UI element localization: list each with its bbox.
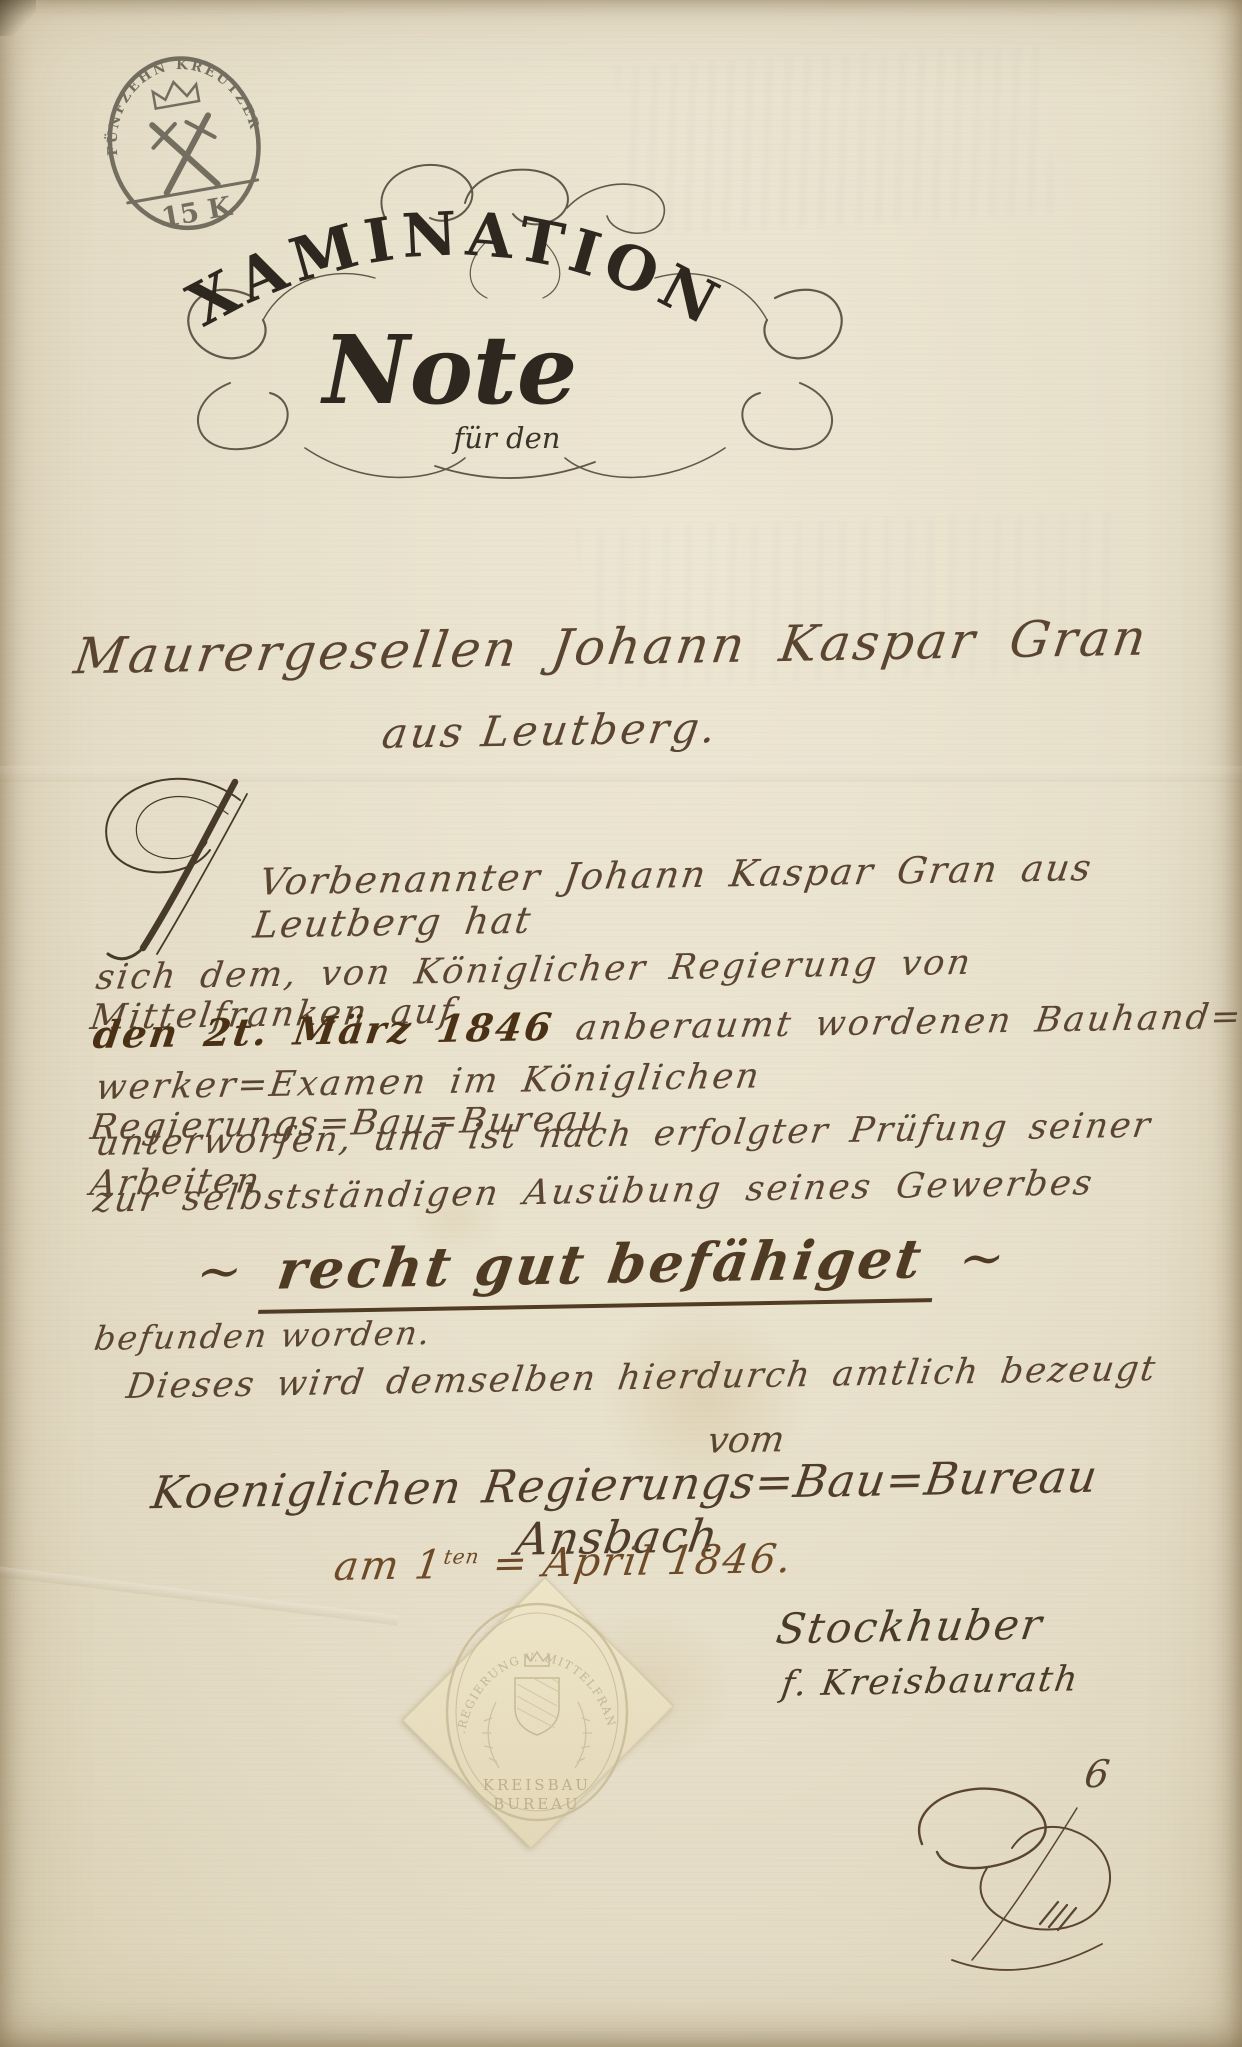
found-line: befunden worden. xyxy=(95,1316,431,1355)
seal-laurel-left xyxy=(482,1702,499,1768)
grade-line: ~ recht gut befähiget ~ xyxy=(70,1232,1132,1296)
title-main: EXAMINATIONS xyxy=(135,148,735,342)
initial-flourish xyxy=(85,762,280,967)
date-rest: = April 1846. xyxy=(475,1536,796,1587)
grade-text: recht gut befähiget xyxy=(258,1226,942,1314)
recipient-line-1: Maurergesellen Johann Kaspar Gran xyxy=(40,618,1182,676)
embossed-seal: K.B.REGIERUNG V. MITTELFRANKEN KREISBAU … xyxy=(437,1590,637,1834)
signature-title: f. Kreisbaurath xyxy=(720,1662,1140,1702)
seal-text-1: KREISBAU xyxy=(483,1776,591,1794)
seal-ring-text: K.B.REGIERUNG V. MITTELFRANKEN xyxy=(437,1590,619,1735)
svg-text:K.B.REGIERUNG V. MITTELFRANKEN: K.B.REGIERUNG V. MITTELFRANKEN xyxy=(437,1590,619,1735)
scan-corner xyxy=(0,0,36,36)
stamp-ring-text: FÜNFZEHN KREUTZER xyxy=(90,44,263,158)
svg-text:FÜNFZEHN KREUTZER: FÜNFZEHN KREUTZER xyxy=(90,44,263,158)
stamp-crown-icon xyxy=(152,78,199,108)
body-line-3-date: den 2t. März 1846 xyxy=(90,1004,556,1057)
svg-text:EXAMINATIONS: EXAMINATIONS xyxy=(135,148,735,342)
attest-line: Dieses wird demselben hierdurch amtlich … xyxy=(128,1358,1155,1398)
seal-text-2: BUREAU xyxy=(493,1795,580,1813)
signature-name: Stockhuber xyxy=(700,1602,1120,1651)
title-block: EXAMINATIONS Note für den xyxy=(135,148,895,483)
date-line: am 1ten = April 1846. xyxy=(335,1540,792,1586)
grade-suffix: ~ xyxy=(955,1226,1009,1290)
body-line-1: Vorbenannter Johann Kaspar Gran aus Leut… xyxy=(258,852,1242,938)
grade-prefix: ~ xyxy=(193,1239,247,1303)
body-line-6: zur selbstständigen Ausübung seines Gewe… xyxy=(95,1172,1093,1212)
title-script: Note xyxy=(320,315,578,426)
date-prefix: am 1 xyxy=(331,1542,446,1590)
body-line-3: den 2t. März 1846 anberaumt wordenen Bau… xyxy=(95,1002,1242,1047)
title-dedication: für den xyxy=(452,421,561,455)
body-line-3-rest: anberaumt wordenen Bauhand= xyxy=(550,997,1242,1049)
document-page: FÜNFZEHN KREUTZER 15 K EXAMINATIONS Note… xyxy=(0,0,1242,2047)
seal-laurel-right xyxy=(575,1702,592,1768)
recipient-line-2: aus Leutberg. xyxy=(0,706,1100,755)
paraph-flourish xyxy=(890,1772,1152,1997)
date-superscript: ten xyxy=(442,1544,481,1569)
